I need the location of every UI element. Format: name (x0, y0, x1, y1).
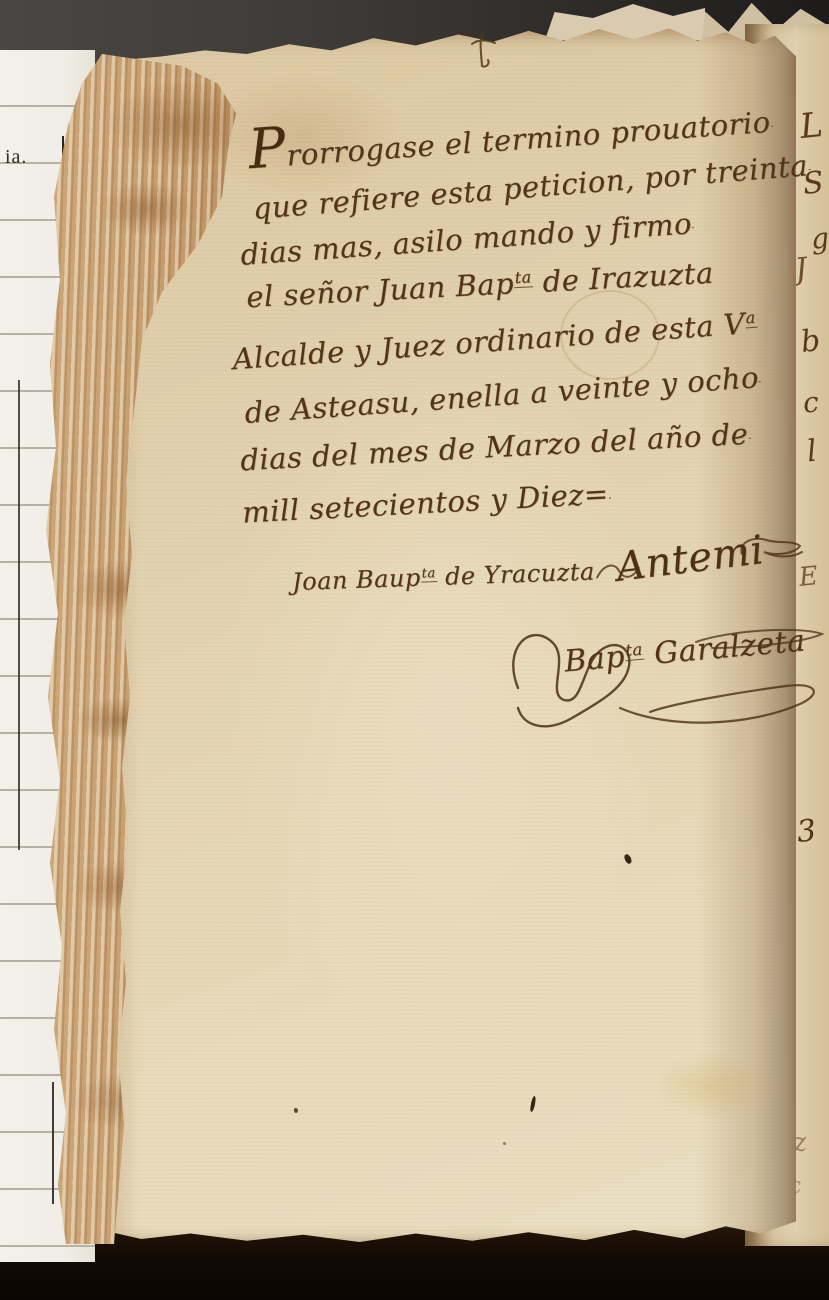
adjacent-page-fragment: c (801, 385, 820, 419)
register-table-line (18, 380, 20, 850)
folio-number: 3 (795, 813, 818, 850)
adjacent-page-fragment: E (797, 561, 819, 593)
backing-surface-bottom (0, 1228, 829, 1300)
ink-speck (294, 1108, 298, 1113)
stain (560, 290, 660, 380)
adjacent-page-fragment: l (805, 434, 818, 470)
adjacent-page-fragment: g (809, 221, 829, 256)
superscript: ta (624, 640, 645, 662)
adjacent-page-fragment: b (799, 323, 822, 360)
register-cell-text: ia. (5, 146, 27, 169)
adjacent-page-fragment: S (801, 165, 825, 202)
archival-photo: { "photo": { "background_top_color": "#4… (0, 0, 829, 1300)
adjacent-page-fragment: L (798, 105, 825, 147)
ink-speck (503, 1142, 506, 1145)
register-table-line (52, 1082, 54, 1204)
notary-signature-flourish: Bapta Garalzeta (500, 608, 829, 748)
